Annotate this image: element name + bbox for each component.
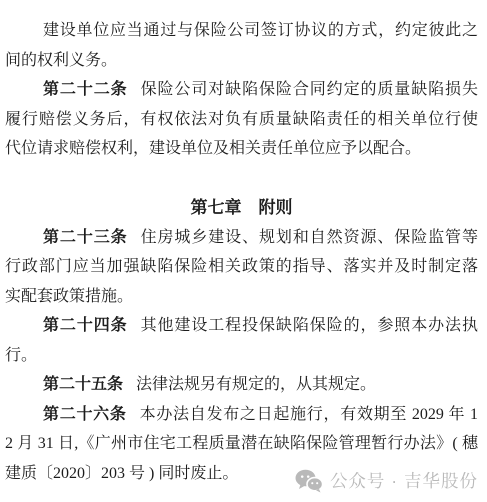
- document-page: 建设单位应当通过与保险公司签订协议的方式，约定彼此之 间的权利义务。 第二十二条…: [0, 0, 487, 502]
- line-text: 建设单位应当通过与保险公司签订协议的方式，约定彼此之: [43, 22, 478, 39]
- article-term: 第二十三条: [43, 229, 128, 246]
- text-line: 2 月 31 日,《广州市住宅工程质量潜在缺陷保险管理暂行办法》( 穗: [5, 429, 478, 459]
- article-term: 第二十四条: [43, 317, 128, 334]
- wechat-icon: [295, 469, 323, 493]
- text-line: 间的权利义务。: [5, 46, 478, 76]
- article-term: 第二十五条: [43, 376, 123, 393]
- blank-line: [5, 164, 478, 194]
- text-line: 第二十六条本办法自发布之日起施行，有效期至 2029 年 1: [5, 400, 478, 430]
- text-line: 第二十三条住房城乡建设、规划和自然资源、保险监管等: [5, 223, 478, 253]
- line-text: 2 月 31 日,《广州市住宅工程质量潜在缺陷保险管理暂行办法》( 穗: [5, 435, 478, 452]
- text-line: 履行赔偿义务后，有权依法对负有质量缺陷责任的相关单位行使: [5, 105, 478, 135]
- line-text: 间的权利义务。: [5, 52, 117, 69]
- text-line: 第二十五条法律法规另有规定的，从其规定。: [5, 370, 478, 400]
- text-line: 第二十四条其他建设工程投保缺陷保险的，参照本办法执: [5, 311, 478, 341]
- watermark-label: 公众号 · 吉华股份: [330, 468, 478, 493]
- article-term: 第二十二条: [43, 81, 128, 98]
- line-text: 建质〔2020〕203 号 ) 同时废止。: [5, 465, 238, 482]
- line-text: 实配套政策措施。: [5, 288, 133, 305]
- line-text: 履行赔偿义务后，有权依法对负有质量缺陷责任的相关单位行使: [5, 111, 478, 128]
- text-line: 行政部门应当加强缺陷保险相关政策的指导、落实并及时制定落: [5, 252, 478, 282]
- line-text: 其他建设工程投保缺陷保险的，参照本办法执: [141, 317, 478, 334]
- text-line: 第二十二条保险公司对缺陷保险合同约定的质量缺陷损失: [5, 75, 478, 105]
- text-line: 建设单位应当通过与保险公司签订协议的方式，约定彼此之: [5, 16, 478, 46]
- line-text: 住房城乡建设、规划和自然资源、保险监管等: [141, 229, 478, 246]
- chapter-heading: 第七章 附则: [5, 193, 478, 223]
- line-text: 行政部门应当加强缺陷保险相关政策的指导、落实并及时制定落: [5, 258, 478, 275]
- line-text: 本办法自发布之日起施行，有效期至 2029 年 1: [140, 406, 478, 423]
- article-term: 第二十六条: [43, 406, 127, 423]
- line-text: 行。: [5, 347, 37, 364]
- line-text: 保险公司对缺陷保险合同约定的质量缺陷损失: [141, 81, 478, 98]
- text-line: 行。: [5, 341, 478, 371]
- line-text: 法律法规另有规定的，从其规定。: [136, 376, 376, 393]
- watermark: 公众号 · 吉华股份: [295, 468, 478, 493]
- text-line: 实配套政策措施。: [5, 282, 478, 312]
- line-text: 代位请求赔偿权利，建设单位及相关责任单位应予以配合。: [5, 140, 421, 157]
- text-line: 代位请求赔偿权利，建设单位及相关责任单位应予以配合。: [5, 134, 478, 164]
